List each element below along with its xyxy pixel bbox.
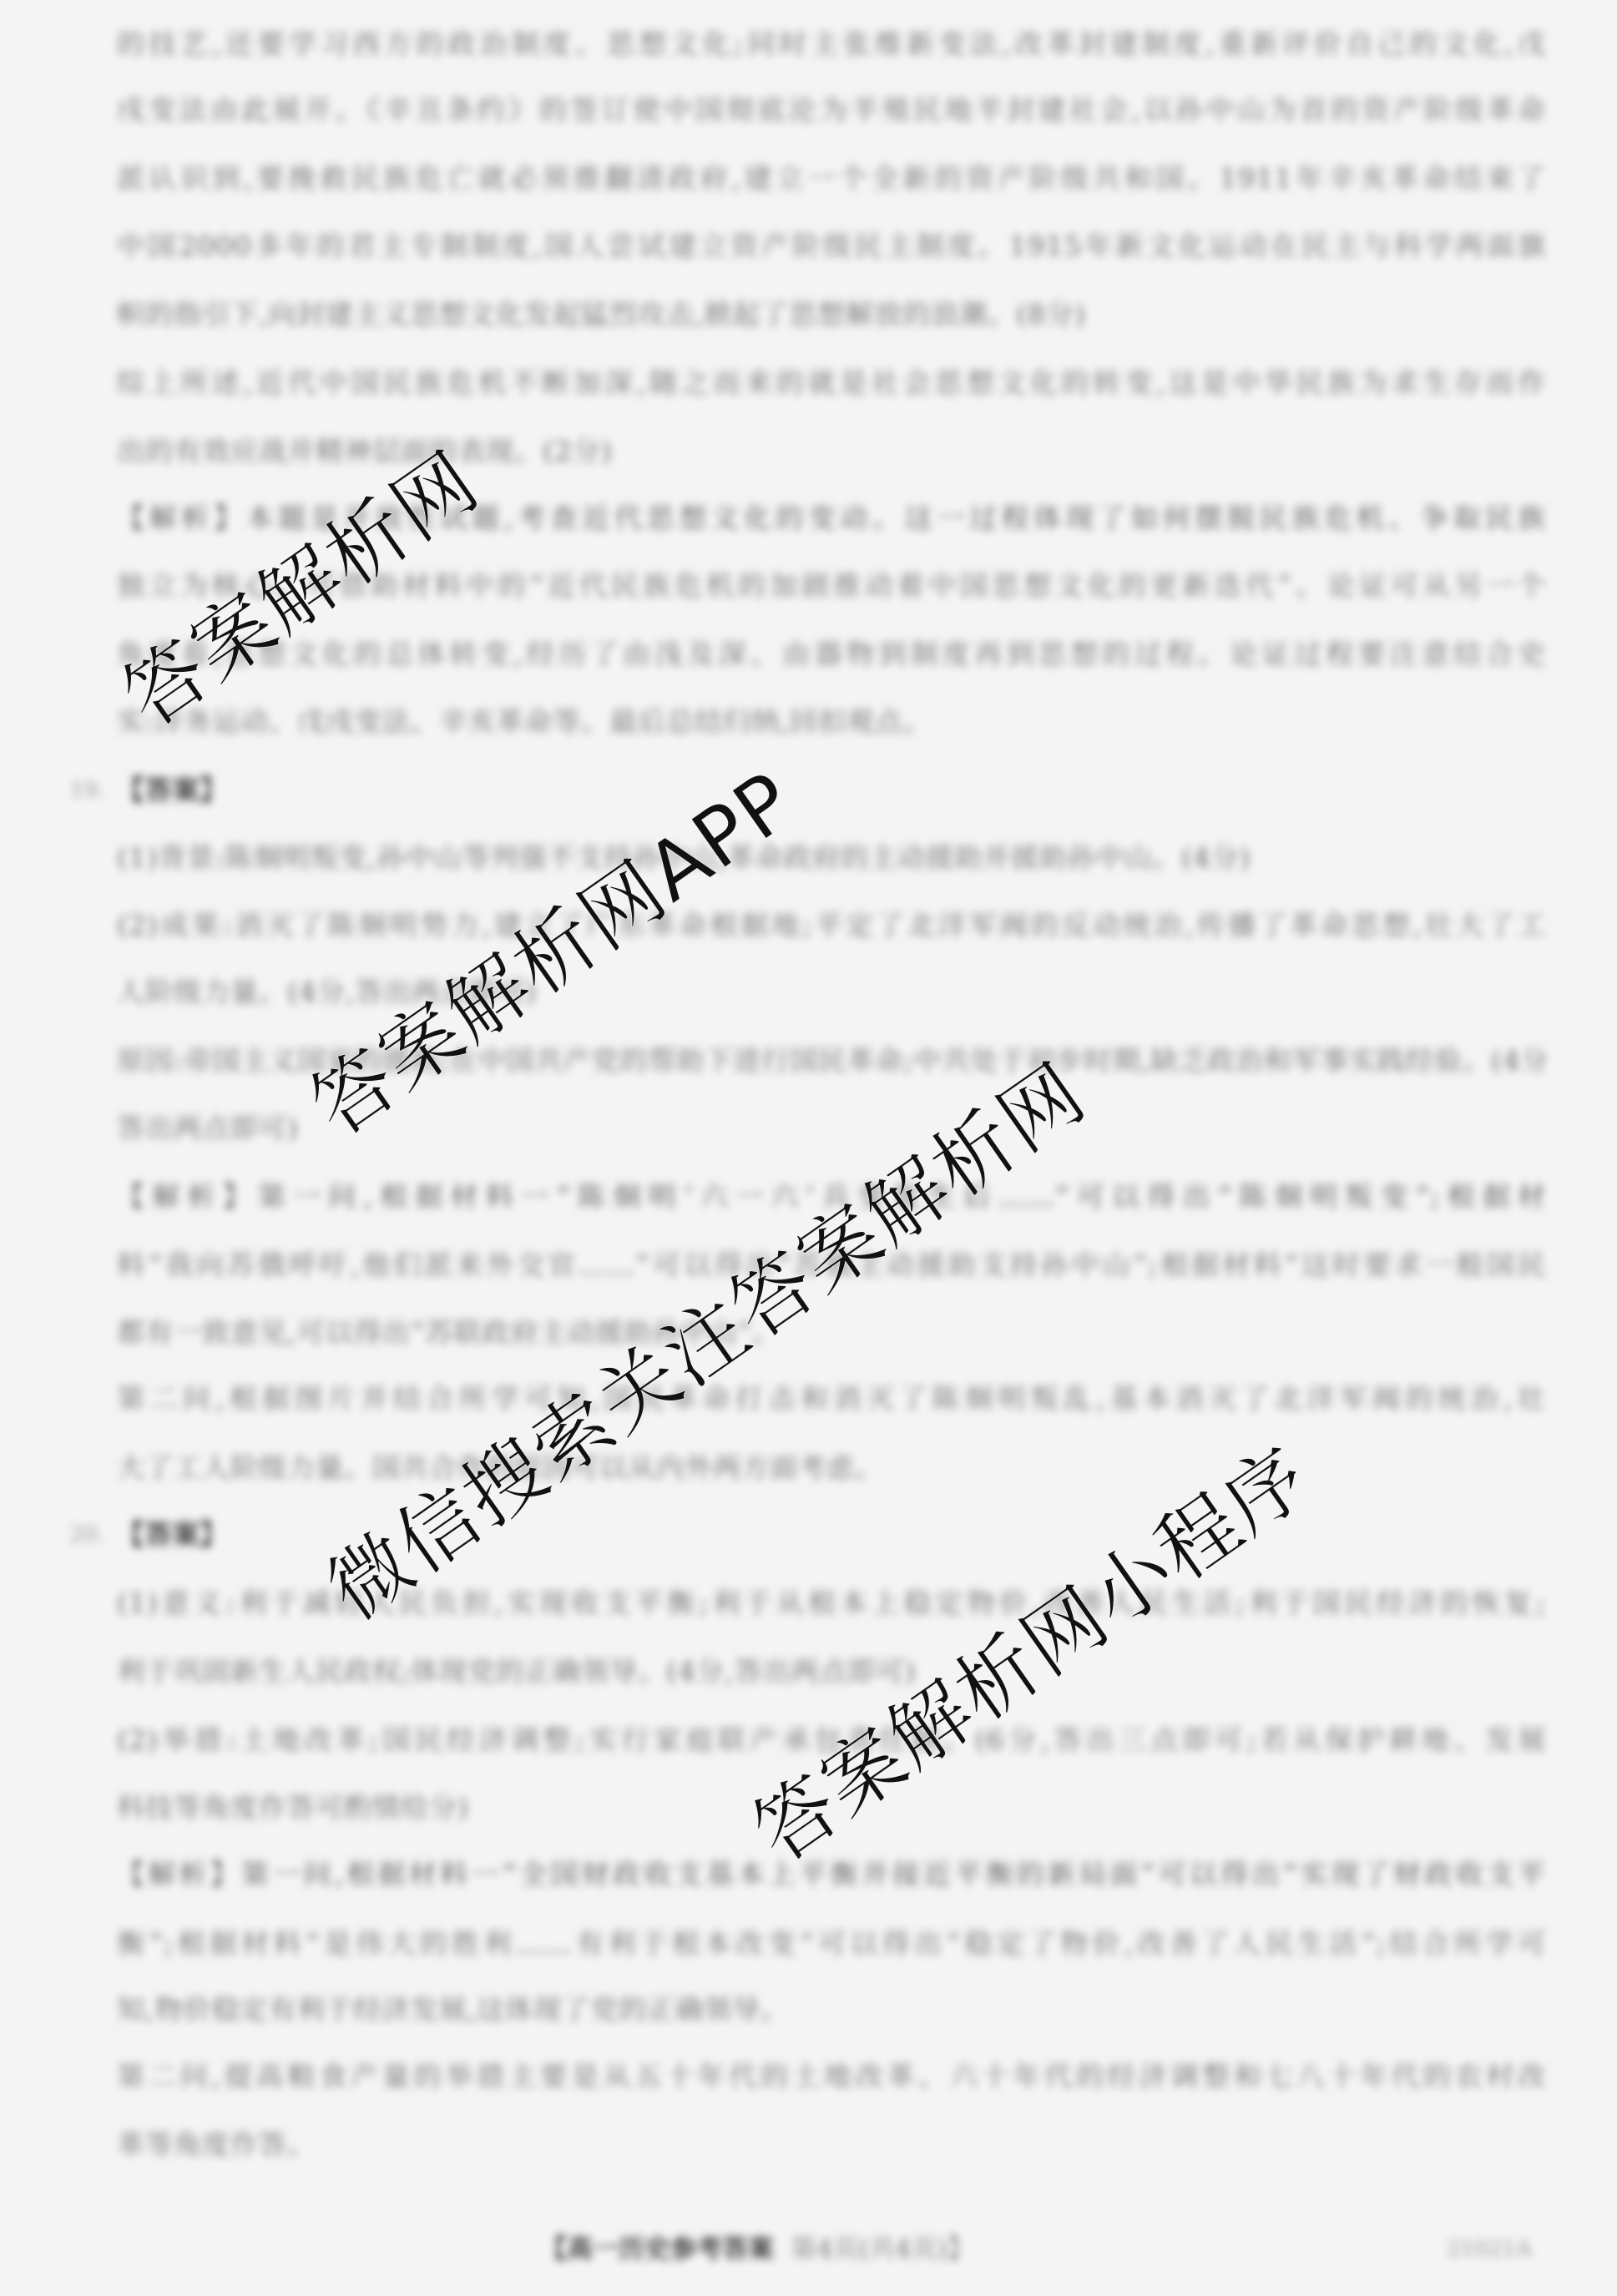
text-line: 戌变法由此展开。《辛丑条约》的签订使中国彻底沦为半殖民地半封建社会,以孙中山为首…	[117, 90, 1546, 130]
text-line: 角度看,思想文化的总体转变,经历了由浅及深、由器物到制度再到思想的过程。论证过程…	[117, 634, 1546, 674]
analysis-line: 【解析】第一问,根据材料一“全国财政收支基本上平衡并接近平衡的新局面”可以得出“…	[117, 1854, 1546, 1895]
text-line: 大了工人阶级力量。国共合作的原因可以从内外两方面考虑。	[117, 1448, 1546, 1488]
text-line: (1)背景:陈炯明叛变,孙中山等列强不支持孙中山,革命政府的主动援助并援助孙中山…	[117, 838, 1546, 878]
text-line: 都有一致意见,可以得出“苏联政府主动援助孙中山”。	[117, 1313, 1546, 1353]
answer-heading: 【答案】	[117, 770, 227, 810]
text-line: (2)成果:消灭了陈炯明势力,建立了广东革命根据地;平定了北洋军阀的反动统治,传…	[117, 906, 1546, 946]
text-line: 的技艺,还要学习西方的政治制度、思想文化;同时主张维新变法,改革封建制度,重新评…	[117, 24, 1546, 64]
question-number: 19.	[70, 770, 117, 810]
text-line: 帜的指引下,向封建主义思想文化发起猛烈攻击,掀起了思想解放的浪潮。(8分)	[117, 295, 1546, 335]
text-line: 派认识到,要挽救民族危亡就必须推翻清政府,建立一个全新的资产阶级共和国。1911…	[117, 159, 1546, 199]
text-line: 人阶级力量。(4分,答出两点即可)	[117, 972, 1546, 1012]
page-footer: 【高一历史参考答案第4页(共4页)】	[541, 2227, 973, 2272]
footer-page-number: 第4页(共4页)】	[791, 2234, 973, 2264]
text-line: 革等角度作答。	[117, 2125, 1546, 2165]
text-line: 综上所述,近代中国民族危机不断加深,随之而来的就是社会思想文化的转变,这是中华民…	[117, 363, 1546, 403]
text-line: 实:洋务运动、戊戌变法、辛亥革命等。最后总结归纳,回扣观点。	[117, 702, 1546, 742]
footer-code: 21021A	[1447, 2227, 1532, 2272]
answer-heading: 【答案】	[117, 1515, 227, 1555]
document-page: 的技艺,还要学习西方的政治制度、思想文化;同时主张维新变法,改革封建制度,重新评…	[0, 0, 1617, 2296]
text-line: 利于巩固新生人民政权;体现党的正确领导。(4分,答出两点即可)	[117, 1652, 1546, 1692]
text-line: 第二问,提高粮食产量的举措主要是从五十年代的土地改革、六十年代的经济调整和七八十…	[117, 2056, 1546, 2097]
text-line: 衡”;根据材料“是伟大的胜利……有利于根本改变”可以得出“稳定了物价,改善了人民…	[117, 1924, 1546, 1964]
text-line: 知,物价稳定有利于经济发展,这体现了党的正确领导。	[117, 1990, 1546, 2030]
text-line: 出的有效应战并精神层面的表现。(2分)	[117, 431, 1546, 472]
question-number: 20.	[70, 1515, 117, 1555]
text-line: 第二问,根据图片并结合所学可知,国民革命打击和消灭了陈炯明叛乱,基本消灭了北洋军…	[117, 1379, 1546, 1419]
blurred-document-content: 的技艺,还要学习西方的政治制度、思想文化;同时主张维新变法,改革封建制度,重新评…	[0, 0, 1617, 2296]
text-line: 中国2000多年的君主专制制度,国人尝试建立资产阶级民主制度。1915年新文化运…	[117, 226, 1546, 266]
footer-title: 【高一历史参考答案	[541, 2234, 774, 2264]
